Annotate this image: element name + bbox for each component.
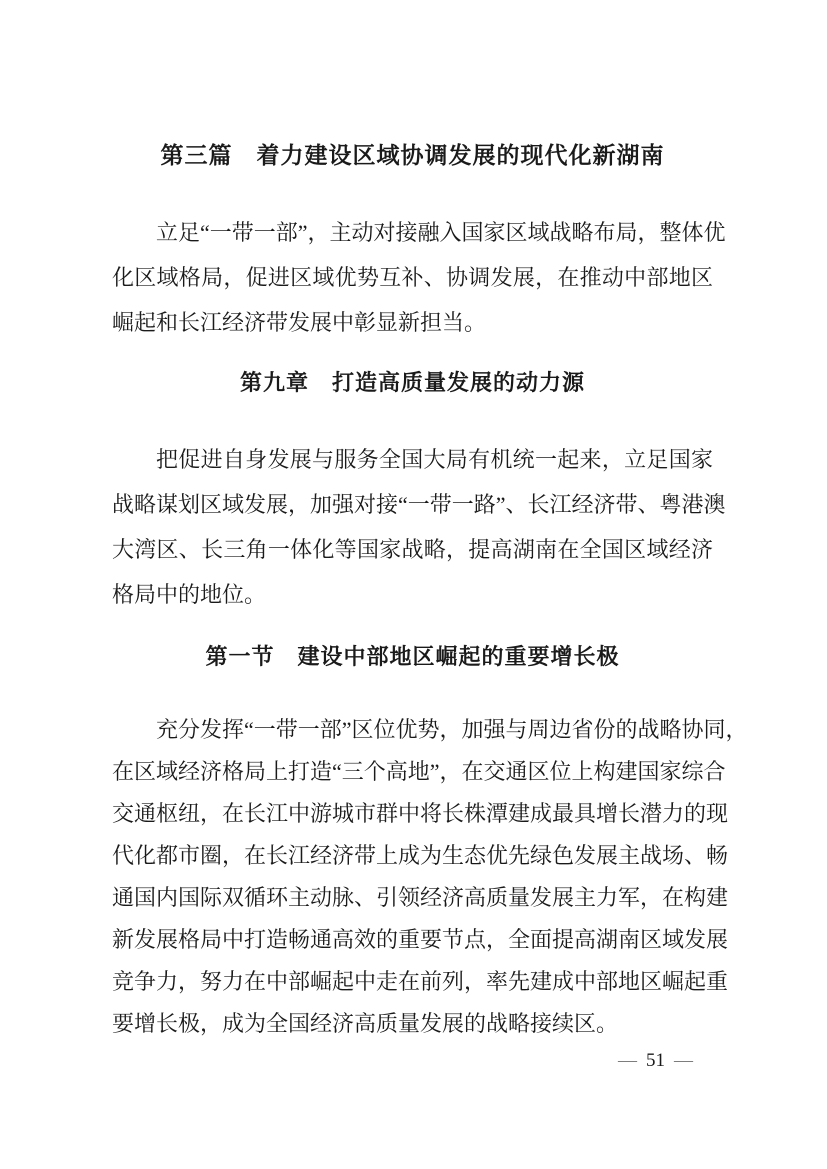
document-content: 第三篇 着力建设区域协调发展的现代化新湖南 立足“一带一部”，主动对接融入国家区…: [0, 140, 827, 1045]
footer-dash-left: —: [618, 1048, 637, 1074]
chapter-intro-paragraph: 把促进自身发展与服务全国大局有机统一起来，立足国家 战略谋划区域发展，加强对接“…: [112, 437, 713, 617]
paragraph-line: 代化都市圈，在长江经济带上成为生态优先绿色发展主战场、畅: [112, 835, 713, 877]
paragraph-line: 崛起和长江经济带发展中彰显新担当。: [112, 300, 713, 345]
part-heading: 第三篇 着力建设区域协调发展的现代化新湖南: [112, 140, 713, 172]
paragraph-line: 格局中的地位。: [112, 572, 713, 617]
paragraph-line: 充分发挥“一带一部”区位优势，加强与周边省份的战略协同，: [112, 709, 713, 751]
paragraph-line: 通国内国际双循环主动脉、引领经济高质量发展主力军，在构建: [112, 877, 713, 919]
section-heading: 第一节 建设中部地区崛起的重要增长极: [112, 641, 713, 673]
paragraph-line: 在区域经济格局上打造“三个高地”，在交通区位上构建国家综合: [112, 751, 713, 793]
page-footer: — 51 —: [618, 1048, 693, 1074]
page-number: 51: [646, 1048, 665, 1074]
paragraph-line: 把促进自身发展与服务全国大局有机统一起来，立足国家: [112, 437, 713, 482]
paragraph-line: 化区域格局，促进区域优势互补、协调发展，在推动中部地区: [112, 255, 713, 300]
paragraph-line: 交通枢纽，在长江中游城市群中将长株潭建成最具增长潜力的现: [112, 793, 713, 835]
paragraph-line: 竞争力，努力在中部崛起中走在前列，率先建成中部地区崛起重: [112, 961, 713, 1003]
document-page: 第三篇 着力建设区域协调发展的现代化新湖南 立足“一带一部”，主动对接融入国家区…: [0, 0, 827, 1169]
paragraph-line: 大湾区、长三角一体化等国家战略，提高湖南在全国区域经济: [112, 527, 713, 572]
paragraph-line: 新发展格局中打造畅通高效的重要节点，全面提高湖南区域发展: [112, 919, 713, 961]
chapter-heading: 第九章 打造高质量发展的动力源: [112, 367, 713, 399]
section-body-paragraph: 充分发挥“一带一部”区位优势，加强与周边省份的战略协同， 在区域经济格局上打造“…: [112, 709, 713, 1045]
paragraph-line: 要增长极，成为全国经济高质量发展的战略接续区。: [112, 1003, 713, 1045]
paragraph-line: 战略谋划区域发展，加强对接“一带一路”、长江经济带、粤港澳: [112, 482, 713, 527]
part-intro-paragraph: 立足“一带一部”，主动对接融入国家区域战略布局，整体优 化区域格局，促进区域优势…: [112, 210, 713, 345]
footer-dash-right: —: [674, 1048, 693, 1074]
paragraph-line: 立足“一带一部”，主动对接融入国家区域战略布局，整体优: [112, 210, 713, 255]
